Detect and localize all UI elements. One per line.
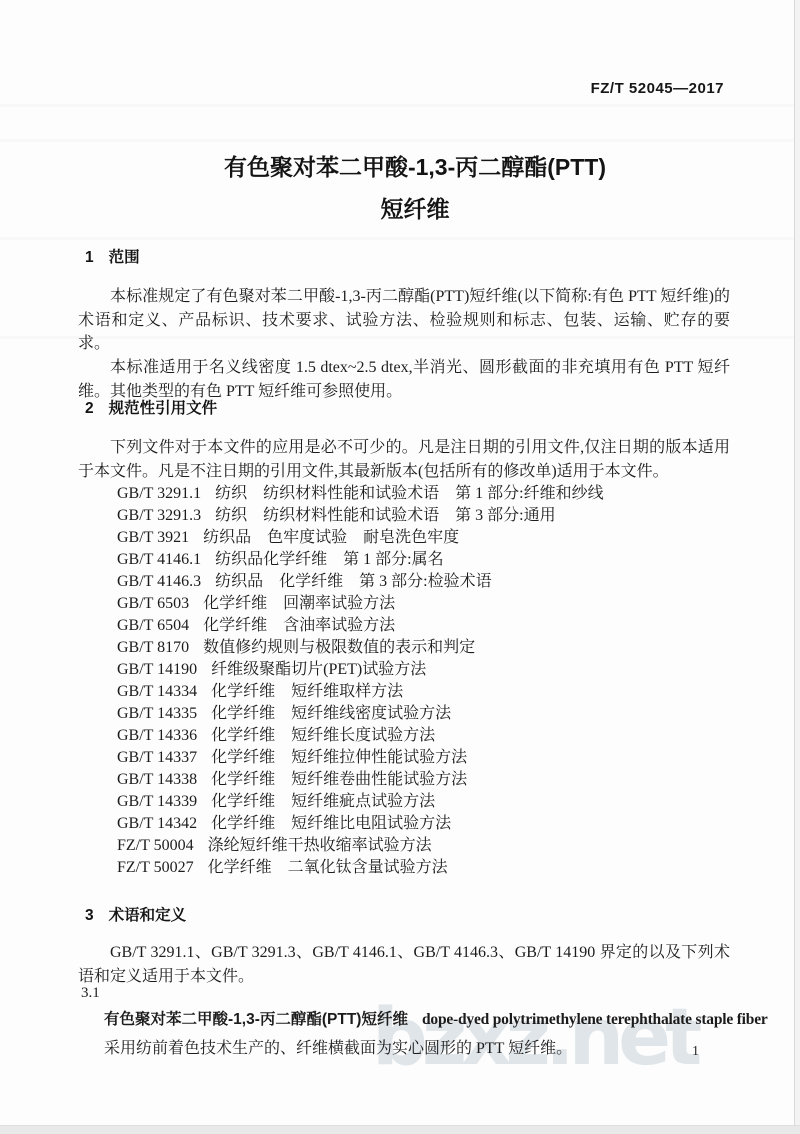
section-1-body: 本标准规定了有色聚对苯二甲酸-1,3-丙二醇酯(PTT)短纤维(以下简称:有色 … xyxy=(78,285,730,404)
reference-item: GB/T 3291.3纺织 纺织材料性能和试验术语 第 3 部分:通用 xyxy=(117,505,740,527)
reference-title: 化学纤维 短纤维卷曲性能试验方法 xyxy=(211,771,467,788)
term-chinese: 有色聚对苯二甲酸-1,3-丙二醇酯(PTT)短纤维 xyxy=(104,1011,408,1028)
reference-code: FZ/T 50004 xyxy=(117,835,194,857)
reference-item: FZ/T 50004涤纶短纤维干热收缩率试验方法 xyxy=(117,835,740,857)
page-content: FZ/T 52045—2017 有色聚对苯二甲酸-1,3-丙二醇酯(PTT) 短… xyxy=(0,0,800,1134)
reference-code: GB/T 6503 xyxy=(117,593,189,615)
section-1-title: 范围 xyxy=(109,249,140,266)
reference-title: 纺织品化学纤维 第 1 部分:属名 xyxy=(215,551,443,568)
reference-code: GB/T 8170 xyxy=(117,637,189,659)
reference-item: GB/T 14342化学纤维 短纤维比电阻试验方法 xyxy=(117,813,740,835)
reference-title: 纺织 纺织材料性能和试验术语 第 1 部分:纤维和纱线 xyxy=(215,485,603,502)
reference-code: GB/T 14342 xyxy=(117,813,197,835)
reference-title: 纤维级聚酯切片(PET)试验方法 xyxy=(211,661,426,678)
section-3-intro-paragraph: GB/T 3291.1、GB/T 3291.3、GB/T 4146.1、GB/T… xyxy=(78,941,730,988)
reference-item: GB/T 3291.1纺织 纺织材料性能和试验术语 第 1 部分:纤维和纱线 xyxy=(117,483,740,505)
reference-code: GB/T 3291.3 xyxy=(117,505,201,527)
reference-item: GB/T 14334化学纤维 短纤维取样方法 xyxy=(117,681,740,703)
section-1-paragraph-1: 本标准规定了有色聚对苯二甲酸-1,3-丙二醇酯(PTT)短纤维(以下简称:有色 … xyxy=(78,285,730,356)
reference-title: 化学纤维 短纤维取样方法 xyxy=(211,683,403,700)
reference-code: GB/T 14337 xyxy=(117,747,197,769)
reference-code: GB/T 14190 xyxy=(117,659,197,681)
section-3-intro: GB/T 3291.1、GB/T 3291.3、GB/T 4146.1、GB/T… xyxy=(78,941,730,988)
reference-title: 纺织品 色牢度试验 耐皂洗色牢度 xyxy=(203,529,459,546)
reference-item: GB/T 14336化学纤维 短纤维长度试验方法 xyxy=(117,725,740,747)
reference-title: 化学纤维 回潮率试验方法 xyxy=(203,595,395,612)
term-english: dope-dyed polytrimethylene terephthalate… xyxy=(422,1011,768,1028)
reference-code: GB/T 4146.3 xyxy=(117,571,201,593)
reference-title: 化学纤维 含油率试验方法 xyxy=(203,617,395,634)
term-definition-text: 采用纺前着色技术生产的、纤维横截面为实心圆形的 PTT 短纤维。 xyxy=(104,1035,740,1058)
reference-item: GB/T 14190纤维级聚酯切片(PET)试验方法 xyxy=(117,659,740,681)
section-1-number: 1 xyxy=(85,249,94,266)
reference-item: GB/T 14335化学纤维 短纤维线密度试验方法 xyxy=(117,703,740,725)
document-title: 有色聚对苯二甲酸-1,3-丙二醇酯(PTT) 短纤维 xyxy=(30,146,800,230)
reference-item: GB/T 8170数值修约规则与极限数值的表示和判定 xyxy=(117,637,740,659)
reference-item: GB/T 6503化学纤维 回潮率试验方法 xyxy=(117,593,740,615)
page-number: 1 xyxy=(692,1044,699,1060)
reference-title: 化学纤维 短纤维长度试验方法 xyxy=(211,727,435,744)
section-1-heading: 1范围 xyxy=(85,245,140,267)
reference-item: GB/T 4146.1纺织品化学纤维 第 1 部分:属名 xyxy=(117,549,740,571)
reference-title: 化学纤维 短纤维比电阻试验方法 xyxy=(211,815,451,832)
reference-title: 数值修约规则与极限数值的表示和判定 xyxy=(203,639,475,656)
reference-code: GB/T 14334 xyxy=(117,681,197,703)
reference-item: GB/T 3921纺织品 色牢度试验 耐皂洗色牢度 xyxy=(117,527,740,549)
reference-code: GB/T 14339 xyxy=(117,791,197,813)
reference-item: FZ/T 50027化学纤维 二氧化钛含量试验方法 xyxy=(117,857,740,879)
section-2-title: 规范性引用文件 xyxy=(109,400,218,417)
clause-3-1-number: 3.1 xyxy=(81,985,100,1002)
section-2-intro: 下列文件对于本文件的应用是必不可少的。凡是注日期的引用文件,仅注日期的版本适用于… xyxy=(78,436,730,483)
reference-code: GB/T 14335 xyxy=(117,703,197,725)
reference-title: 化学纤维 短纤维疵点试验方法 xyxy=(211,793,435,810)
document-title-line2: 短纤维 xyxy=(30,188,800,230)
reference-title: 纺织 纺织材料性能和试验术语 第 3 部分:通用 xyxy=(215,507,555,524)
standard-code: FZ/T 52045—2017 xyxy=(591,80,724,97)
section-3-heading: 3术语和定义 xyxy=(85,903,186,925)
term-definition-heading: 有色聚对苯二甲酸-1,3-丙二醇酯(PTT)短纤维dope-dyed polyt… xyxy=(104,1007,744,1029)
reference-code: FZ/T 50027 xyxy=(117,857,194,879)
reference-title: 化学纤维 短纤维线密度试验方法 xyxy=(211,705,451,722)
reference-code: GB/T 3291.1 xyxy=(117,483,201,505)
reference-item: GB/T 4146.3纺织品 化学纤维 第 3 部分:检验术语 xyxy=(117,571,740,593)
reference-title: 纺织品 化学纤维 第 3 部分:检验术语 xyxy=(215,573,491,590)
section-2-intro-paragraph: 下列文件对于本文件的应用是必不可少的。凡是注日期的引用文件,仅注日期的版本适用于… xyxy=(78,436,730,483)
section-2-number: 2 xyxy=(85,400,94,417)
scanned-standard-page: bzxz.net FZ/T 52045—2017 有色聚对苯二甲酸-1,3-丙二… xyxy=(0,0,800,1134)
reference-code: GB/T 4146.1 xyxy=(117,549,201,571)
reference-title: 化学纤维 短纤维拉伸性能试验方法 xyxy=(211,749,467,766)
reference-code: GB/T 14336 xyxy=(117,725,197,747)
reference-item: GB/T 14337化学纤维 短纤维拉伸性能试验方法 xyxy=(117,747,740,769)
reference-title: 涤纶短纤维干热收缩率试验方法 xyxy=(208,837,432,854)
section-2-heading: 2规范性引用文件 xyxy=(85,396,217,418)
reference-code: GB/T 14338 xyxy=(117,769,197,791)
reference-item: GB/T 6504化学纤维 含油率试验方法 xyxy=(117,615,740,637)
reference-title: 化学纤维 二氧化钛含量试验方法 xyxy=(208,859,448,876)
document-title-line1: 有色聚对苯二甲酸-1,3-丙二醇酯(PTT) xyxy=(30,146,800,188)
section-3-number: 3 xyxy=(85,907,94,924)
section-3-title: 术语和定义 xyxy=(109,907,187,924)
reference-code: GB/T 6504 xyxy=(117,615,189,637)
reference-item: GB/T 14338化学纤维 短纤维卷曲性能试验方法 xyxy=(117,769,740,791)
reference-code: GB/T 3921 xyxy=(117,527,189,549)
reference-item: GB/T 14339化学纤维 短纤维疵点试验方法 xyxy=(117,791,740,813)
normative-references-list: GB/T 3291.1纺织 纺织材料性能和试验术语 第 1 部分:纤维和纱线 G… xyxy=(117,483,740,879)
